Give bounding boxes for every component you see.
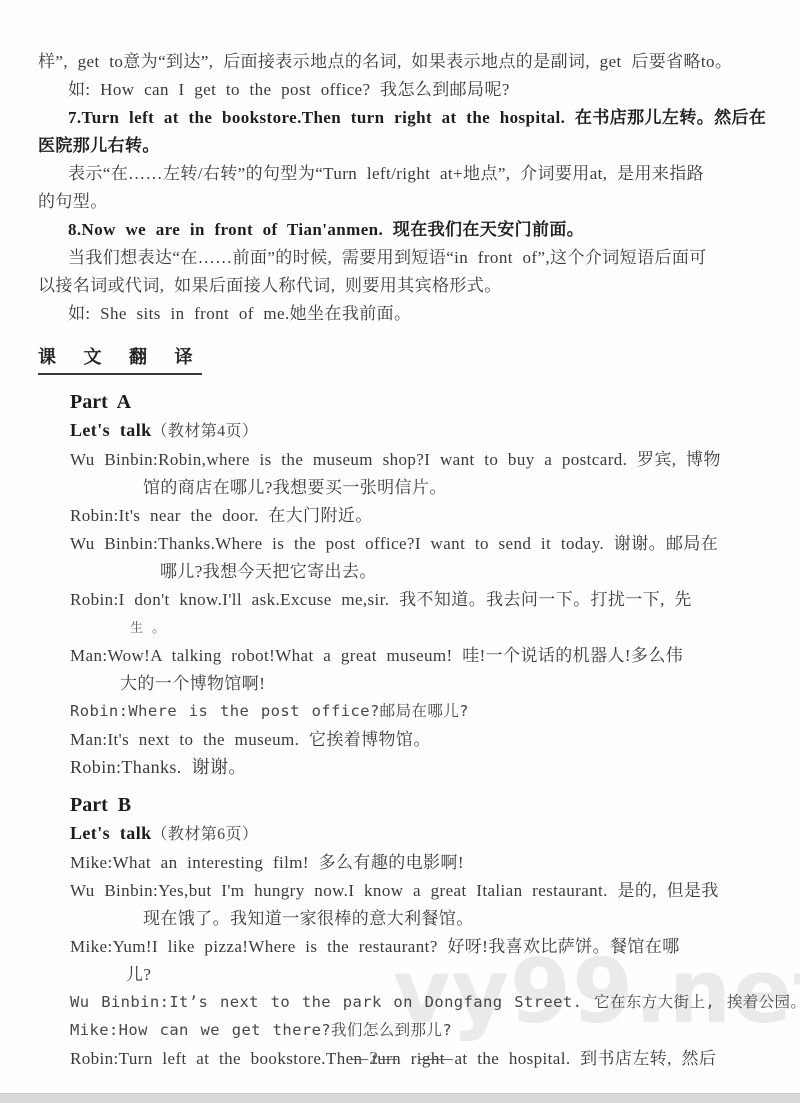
text-line: Part A: [70, 392, 786, 413]
text-line: Wu Binbin:Robin,where is the museum shop…: [70, 449, 786, 470]
text-line: 样”, get to意为“到达”, 后面接表示地点的名词, 如果表示地点的是副词…: [38, 51, 786, 72]
text-line: 课 文 翻 译: [38, 347, 786, 375]
text-line: 如: She sits in front of me.她坐在我前面。: [68, 303, 786, 324]
text-line: 儿?: [126, 964, 786, 985]
text-line: 生 。: [130, 617, 786, 638]
lets-talk-label: Let's talk: [70, 420, 152, 440]
textbook-page-ref: （教材第6页）: [152, 826, 259, 843]
text-line: Robin:Where is the post office?邮局在哪儿?: [70, 701, 786, 722]
text-line: 医院那儿右转。: [38, 135, 786, 156]
page-number: —2—: [350, 1048, 398, 1068]
text-line: Man:It's next to the museum. 它挨着博物馆。: [70, 729, 786, 750]
textbook-page-ref: （教材第4页）: [152, 423, 259, 440]
text-line: Man:Wow!A talking robot!What a great mus…: [70, 645, 786, 666]
footer-dash: ——: [420, 1048, 450, 1069]
text-line: 如: How can I get to the post office? 我怎么…: [68, 79, 786, 100]
text-line: 大的一个博物馆啊!: [120, 673, 786, 694]
scanned-textbook-page: vy99.net 样”, get to意为“到达”, 后面接表示地点的名词, 如…: [0, 0, 800, 1103]
lets-talk-label: Let's talk: [70, 823, 152, 843]
text-line: Robin:Thanks. 谢谢。: [70, 757, 786, 778]
text-line: 8.Now we are in front of Tian'anmen. 现在我…: [68, 219, 786, 240]
text-line: Robin:It's near the door. 在大门附近。: [70, 505, 786, 526]
text-line: Wu Binbin:Yes,but I'm hungry now.I know …: [70, 880, 786, 901]
page-footer: —2— ——: [0, 1048, 800, 1069]
text-line: Wu Binbin:Thanks.Where is the post offic…: [70, 533, 786, 554]
text-line: 的句型。: [38, 191, 786, 212]
text-line: 哪儿?我想今天把它寄出去。: [160, 561, 786, 582]
section-heading: 课 文 翻 译: [38, 347, 202, 375]
text-line: 当我们想表达“在……前面”的时候, 需要用到短语“in front of”,这个…: [68, 247, 786, 268]
text-line: Mike:What an interesting film! 多么有趣的电影啊!: [70, 852, 786, 873]
text-line: Robin:I don't know.I'll ask.Excuse me,si…: [70, 589, 786, 610]
document-content: 样”, get to意为“到达”, 后面接表示地点的名词, 如果表示地点的是副词…: [38, 44, 786, 1069]
text-line: 以接名词或代词, 如果后面接人称代词, 则要用其宾格形式。: [38, 275, 786, 296]
text-line: 7.Turn left at the bookstore.Then turn r…: [68, 107, 786, 128]
text-line: Mike:Yum!I like pizza!Where is the resta…: [70, 936, 786, 957]
text-line: 表示“在……左转/右转”的句型为“Turn left/right at+地点”,…: [68, 163, 786, 184]
text-line: Let's talk（教材第6页）: [70, 823, 786, 845]
text-line: Part B: [70, 795, 786, 816]
text-line: Let's talk（教材第4页）: [70, 420, 786, 442]
scan-bottom-edge: [0, 1093, 800, 1103]
text-line: Wu Binbin:It’s next to the park on Dongf…: [70, 992, 786, 1013]
text-line: Mike:How can we get there?我们怎么到那儿?: [70, 1020, 786, 1041]
text-line: 馆的商店在哪儿?我想要买一张明信片。: [143, 477, 786, 498]
text-line: 现在饿了。我知道一家很棒的意大利餐馆。: [143, 908, 786, 929]
